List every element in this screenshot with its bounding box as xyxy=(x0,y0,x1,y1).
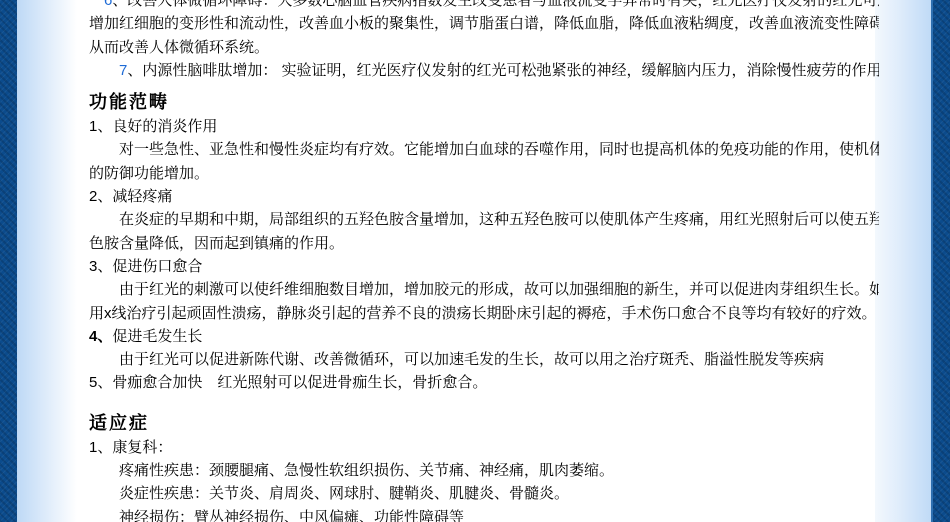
text-line-ind-pain: 疼痛性疾患：颈腰腿痛、急慢性软组织损伤、关节痛、神经痛，肌肉萎缩。 xyxy=(89,459,879,482)
item6-line1-text: 、改善人体微循环障碍：大多数心脑血管疾病指数发生改变患者与血液流变学异常时有关，… xyxy=(112,0,879,9)
text-line-func-item4: 4、促进毛发生长 xyxy=(89,325,879,348)
left-border-strip xyxy=(0,0,17,522)
text-line-item6-cont1: 增加红细胞的变形性和流动性，改善血小板的聚集性，调节脂蛋白谱，降低血脂，降低血液… xyxy=(89,12,879,35)
section-title-indication: 适应症 xyxy=(89,410,879,436)
text-line-func-item1-body1: 对一些急性、亚急性和慢性炎症均有疗效。它能增加白血球的吞噬作用，同时也提高机体的… xyxy=(89,138,879,161)
document-content: 6、改善人体微循环障碍：大多数心脑血管疾病指数发生改变患者与血液流变学异常时有关… xyxy=(89,0,879,522)
text-line-func-item2-body1: 在炎症的早期和中期，局部组织的五羟色胺含量增加，这种五羟色胺可以使肌体产生疼痛，… xyxy=(89,208,879,231)
text-line-ind-nerve: 神经损伤：臂丛神经损伤、中风偏瘫、功能性障碍等 xyxy=(89,506,879,522)
text-line-item6-first: 6、改善人体微循环障碍：大多数心脑血管疾病指数发生改变患者与血液流变学异常时有关… xyxy=(89,0,879,12)
right-border-strip xyxy=(931,0,950,522)
text-line-func-item3-body2: 用x线治疗引起顽固性溃疡，静脉炎引起的营养不良的溃疡长期卧床引起的褥疮，手术伤口… xyxy=(89,302,879,325)
text-line-func-item5: 5、骨痂愈合加快 红光照射可以促进骨痂生长，骨折愈合。 xyxy=(89,371,879,394)
left-gradient xyxy=(17,0,77,522)
text-line-func-item1: 1、良好的消炎作用 xyxy=(89,115,879,138)
item4-text: 促进毛发生长 xyxy=(112,328,202,345)
item7-text: 、内源性脑啡肽增加： 实验证明，红光医疗仪发射的红光可松弛紧张的神经，缓解脑内压… xyxy=(127,62,879,79)
text-line-item7: 7、内源性脑啡肽增加： 实验证明，红光医疗仪发射的红光可松弛紧张的神经，缓解脑内… xyxy=(89,59,879,82)
text-line-item6-cont2: 从而改善人体微循环系统。 xyxy=(89,36,879,59)
section-title-function: 功能范畴 xyxy=(89,89,879,115)
right-gradient xyxy=(875,0,933,522)
item4-number: 4、 xyxy=(89,328,112,345)
text-line-ind-inflammation: 炎症性疾患：关节炎、肩周炎、网球肘、腱鞘炎、肌腱炎、骨髓炎。 xyxy=(89,482,879,505)
text-line-ind-item1: 1、康复科： xyxy=(89,436,879,459)
text-line-func-item3: 3、促进伤口愈合 xyxy=(89,255,879,278)
text-line-func-item2: 2、减轻疼痛 xyxy=(89,185,879,208)
document-page: 6、改善人体微循环障碍：大多数心脑血管疾病指数发生改变患者与血液流变学异常时有关… xyxy=(0,0,950,522)
text-line-func-item4-body1: 由于红光可以促进新陈代谢、改善微循环，可以加速毛发的生长，故可以用之治疗斑秃、脂… xyxy=(89,348,879,371)
text-line-func-item2-body2: 色胺含量降低，因而起到镇痛的作用。 xyxy=(89,232,879,255)
text-line-func-item3-body1: 由于红光的刺激可以使纤维细胞数目增加，增加胶元的形成，故可以加强细胞的新生，并可… xyxy=(89,278,879,301)
text-line-func-item1-body2: 的防御功能增加。 xyxy=(89,162,879,185)
